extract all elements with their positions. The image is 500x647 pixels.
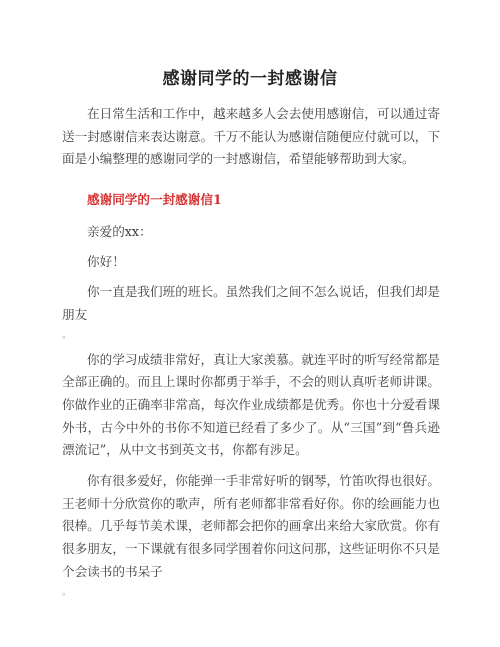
document-body: 在日常生活和工作中，越来越多人会去使用感谢信，可以通过寄送一封感谢信来表达谢意。… [62, 103, 440, 606]
greeting: 你好！ [87, 251, 440, 273]
letter-paragraph-3: 你有很多爱好，你能弹一手非常好听的钢琴，竹笛吹得也很好。王老师十分欣赏你的歌声，… [62, 470, 440, 584]
orphan-punctuation-1: 。 [62, 329, 440, 343]
letter-paragraph-1: 你一直是我们班的班长。虽然我们之间不怎么说话，但我们却是朋友 [62, 281, 440, 326]
intro-paragraph: 在日常生活和工作中，越来越多人会去使用感谢信，可以通过寄送一封感谢信来表达谢意。… [62, 103, 440, 171]
salutation: 亲爱的xx： [87, 221, 440, 243]
document-title: 感谢同学的一封感谢信 [0, 64, 500, 89]
document-page: 感谢同学的一封感谢信 在日常生活和工作中，越来越多人会去使用感谢信，可以通过寄送… [0, 0, 500, 647]
letter-paragraph-2: 你的学习成绩非常好，真让大家羡慕。就连平时的听写经常都是全部正确的。而且上课时你… [62, 349, 440, 463]
orphan-punctuation-2: 。 [62, 586, 440, 600]
section-heading: 感谢同学的一封感谢信1 [87, 189, 440, 211]
